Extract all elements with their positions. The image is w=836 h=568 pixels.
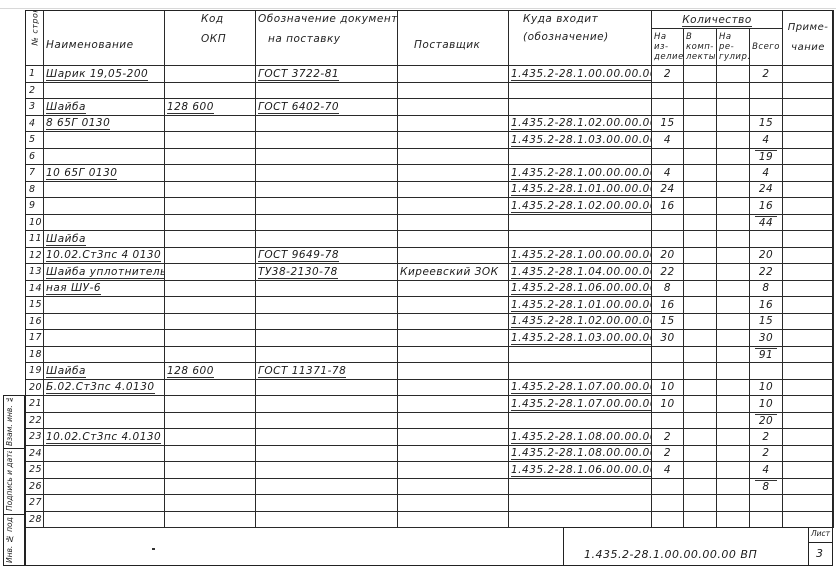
title-block: 1.435.2-28.1.00.00.00.00 ВП Лист 3 [563,527,833,566]
mark [152,548,155,550]
sheet-number-cell: Лист 3 [808,528,832,565]
side-stamp: Взам. инв. № Подпись и дата Инв. № подл. [3,395,25,566]
stamp-signature-date: Подпись и дата [5,451,22,511]
sheet-label: Лист [811,529,830,538]
sheet-border [25,10,833,566]
stamp-original-inv: Инв. № подл. [5,517,22,563]
stamp-replacement-inv: Взам. инв. № [5,398,22,446]
divider [4,514,24,515]
sheet-number: 3 [816,547,823,560]
divider [809,542,832,543]
scan-edge-line [0,8,836,9]
document-code: 1.435.2-28.1.00.00.00.00 ВП [584,548,757,561]
divider [4,448,24,449]
